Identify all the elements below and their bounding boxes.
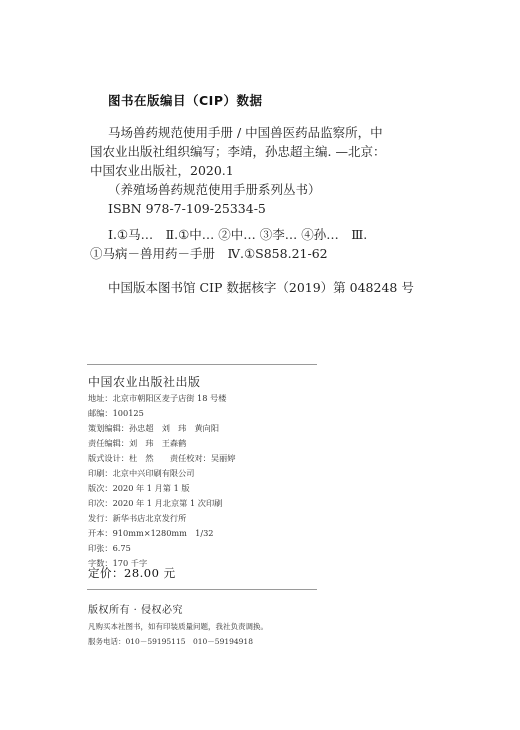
imprint-distributor: 发行：新华书店北京发行所: [88, 511, 235, 526]
imprint-planning-editors: 策划编辑：孙忠超 刘 玮 黄向阳: [88, 421, 235, 436]
classification-line: Ⅰ.①马… Ⅱ.①中… ②中… ③李… ④孙… Ⅲ.: [90, 225, 430, 244]
divider-top: [87, 364, 317, 365]
cip-series: （养殖场兽药规范使用手册系列丛书）: [90, 180, 420, 199]
imprint-printer: 印刷：北京中兴印刷有限公司: [88, 466, 235, 481]
cip-line: 马场兽药规范使用手册 / 中国兽医药品监察所，中: [90, 123, 420, 142]
service-info: 凡购买本社图书，如有印装质量问题，我社负责调换。服务电话：010－5919511…: [88, 619, 268, 649]
cip-line: 国农业出版社组织编写；李靖，孙忠超主编. —北京：: [90, 142, 420, 161]
imprint-address: 地址：北京市朝阳区麦子店街 18 号楼: [88, 391, 235, 406]
imprint-printing: 印次：2020 年 1 月北京第 1 次印刷: [88, 496, 235, 511]
classification-line: ①马病－兽用药－手册 Ⅳ.①S858.21-62: [90, 244, 430, 263]
publisher-name: 中国农业出版社出版: [88, 373, 201, 390]
service-phone: 服务电话：010－59195115 010－59194918: [88, 634, 268, 649]
price: 定价：28.00 元: [88, 565, 176, 581]
divider-bottom: [87, 589, 317, 590]
imprint-edition: 版次：2020 年 1 月第 1 版: [88, 481, 235, 496]
imprint-format: 开本：910mm×1280mm 1/32: [88, 526, 235, 541]
cip-classification: Ⅰ.①马… Ⅱ.①中… ②中… ③李… ④孙… Ⅲ. ①马病－兽用药－手册 Ⅳ.…: [90, 225, 430, 263]
imprint-postcode: 邮编：100125: [88, 406, 235, 421]
imprint-sheets: 印张：6.75: [88, 541, 235, 556]
cip-title: 图书在版编目（CIP）数据: [108, 91, 263, 109]
cip-description: 马场兽药规范使用手册 / 中国兽医药品监察所，中 国农业出版社组织编写；李靖，孙…: [90, 123, 420, 218]
imprint-design-proofreading: 版式设计：杜 然 责任校对：吴丽婷: [88, 451, 235, 466]
imprint-responsible-editors: 责任编辑：刘 玮 王森鹤: [88, 436, 235, 451]
imprint-details: 地址：北京市朝阳区麦子店街 18 号楼 邮编：100125 策划编辑：孙忠超 刘…: [88, 391, 235, 571]
exchange-notice: 凡购买本社图书，如有印装质量问题，我社负责调换。: [88, 619, 268, 634]
cip-line: 中国农业出版社，2020.1: [90, 161, 420, 180]
cip-record-number: 中国版本图书馆 CIP 数据核字（2019）第 048248 号: [108, 278, 414, 296]
cip-isbn: ISBN 978-7-109-25334-5: [90, 199, 420, 218]
copyright-notice: 版权所有 · 侵权必究: [88, 601, 183, 616]
